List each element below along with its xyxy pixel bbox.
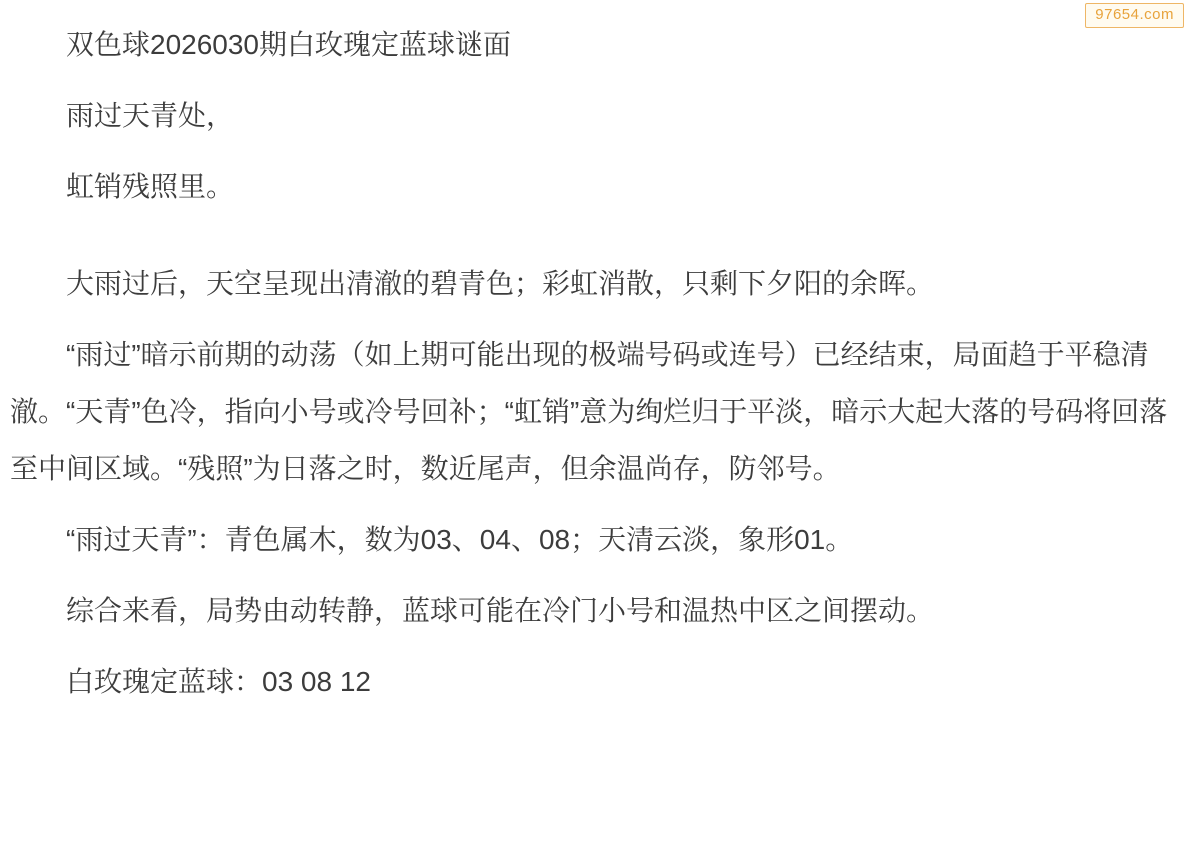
blue-ball-prediction: 白玫瑰定蓝球：03 08 12 xyxy=(10,653,1180,710)
number-derivation: “雨过天青”：青色属木，数为03、04、08；天清云淡，象形01。 xyxy=(10,511,1180,568)
riddle-verse-line-1: 雨过天青处， xyxy=(10,87,1180,144)
summary-line: 综合来看，局势由动转静，蓝球可能在冷门小号和温热中区之间摆动。 xyxy=(10,582,1180,639)
article-page: 97654.com 双色球2026030期白玫瑰定蓝球谜面 雨过天青处， 虹销残… xyxy=(0,0,1188,845)
riddle-verse-line-2: 虹销残照里。 xyxy=(10,158,1180,215)
article-title: 双色球2026030期白玫瑰定蓝球谜面 xyxy=(10,16,1180,73)
riddle-literal-explanation: 大雨过后，天空呈现出清澈的碧青色；彩虹消散，只剩下夕阳的余晖。 xyxy=(10,255,1180,312)
riddle-interpretation: “雨过”暗示前期的动荡（如上期可能出现的极端号码或连号）已经结束，局面趋于平稳清… xyxy=(10,326,1180,497)
site-watermark-badge: 97654.com xyxy=(1085,3,1184,28)
